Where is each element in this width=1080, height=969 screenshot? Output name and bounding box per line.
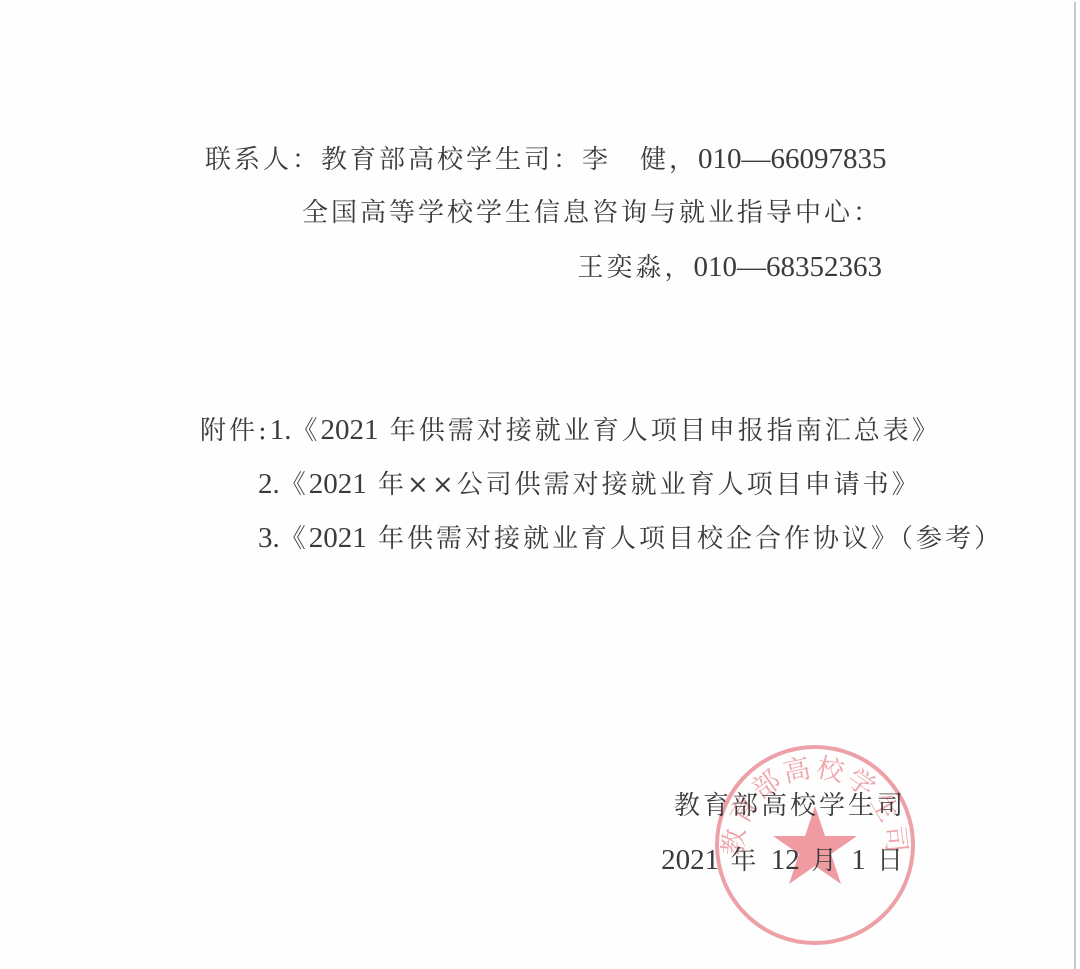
contact-phone-2: 010—68352363 bbox=[694, 251, 883, 283]
signature-org: 教育部高校学生司 bbox=[674, 789, 906, 823]
signature-date: 2021 年 12 月 1 日 bbox=[661, 843, 906, 878]
attachment-item-2: 2.《2021 年××公司供需对接就业育人项目申请书》 bbox=[258, 467, 921, 502]
attachment-number: 1. bbox=[270, 414, 292, 446]
contact-org-2: 全国高等学校学生信息咨询与就业指导中心： bbox=[302, 198, 882, 228]
attachment-item-3: 3.《2021 年供需对接就业育人项目校企合作协议》（参考） bbox=[258, 521, 1003, 556]
attachment-year: 2021 bbox=[309, 468, 367, 500]
attachment-number: 3. bbox=[258, 522, 280, 554]
document-page: 联系人：教育部高校学生司：李 健，010—66097835 全国高等学校学生信息… bbox=[0, 0, 1080, 969]
page-edge-line bbox=[1074, 2, 1076, 969]
attachment-suffix: （参考） bbox=[900, 524, 1003, 554]
attachment-title: 年××公司供需对接就业育人项目申请书》 bbox=[367, 470, 921, 500]
attachment-open-bracket: 《 bbox=[280, 470, 309, 500]
attachment-year: 2021 bbox=[309, 522, 367, 554]
contact-line-1: 联系人：教育部高校学生司：李 健，010—66097835 bbox=[205, 142, 887, 177]
contact-line-3: 王奕淼，010—68352363 bbox=[577, 250, 882, 285]
attachment-item-1: 附件:1.《2021 年供需对接就业育人项目申报指南汇总表》 bbox=[200, 413, 941, 448]
attachment-title: 年供需对接就业育人项目校企合作协议》 bbox=[367, 524, 900, 554]
contact-person-2: 王奕淼， bbox=[577, 253, 693, 283]
attachment-year: 2021 bbox=[321, 414, 379, 446]
attachment-open-bracket: 《 bbox=[292, 416, 321, 446]
date-year: 2021 bbox=[661, 844, 719, 876]
attachments-label: 附件: bbox=[200, 416, 270, 446]
attachment-open-bracket: 《 bbox=[280, 524, 309, 554]
attachment-title: 年供需对接就业育人项目申报指南汇总表》 bbox=[379, 416, 941, 446]
contact-org-1: 教育部高校学生司：李 健， bbox=[321, 145, 698, 175]
date-month-unit: 月 bbox=[800, 846, 852, 876]
contact-phone-1: 010—66097835 bbox=[698, 143, 887, 175]
date-day: 1 bbox=[851, 844, 866, 876]
signature-org-text: 教育部高校学生司 bbox=[674, 791, 906, 821]
date-year-unit: 年 bbox=[719, 846, 771, 876]
attachment-number: 2. bbox=[258, 468, 280, 500]
date-month: 12 bbox=[771, 844, 800, 876]
contact-line-2: 全国高等学校学生信息咨询与就业指导中心： bbox=[302, 196, 882, 230]
date-day-unit: 日 bbox=[866, 846, 906, 876]
contact-label: 联系人： bbox=[205, 145, 321, 175]
